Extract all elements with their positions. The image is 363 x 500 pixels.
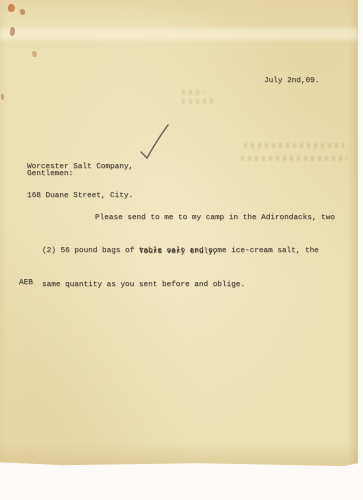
paper-light-band bbox=[0, 28, 358, 40]
body-line: same quantity as you sent before and obl… bbox=[42, 278, 335, 292]
closing: Yours very truly, bbox=[139, 248, 217, 258]
typist-initials: AEB bbox=[19, 279, 33, 289]
ghost-text-impression bbox=[182, 90, 204, 95]
body-line: Please send to me to my camp in the Adir… bbox=[42, 211, 335, 225]
ghost-text-impression bbox=[241, 156, 347, 161]
letter-paper: July 2nd,09. Worcester Salt Company, 168… bbox=[0, 0, 358, 466]
foxing-spot bbox=[1, 94, 4, 100]
ghost-text-impression bbox=[244, 143, 344, 148]
scanned-letter: July 2nd,09. Worcester Salt Company, 168… bbox=[0, 0, 363, 500]
salutation: Gentlemen: bbox=[27, 170, 73, 180]
ghost-text-impression bbox=[182, 99, 216, 104]
foxing-spot bbox=[32, 51, 37, 57]
ink-stain bbox=[7, 3, 16, 13]
letter-date: July 2nd,09. bbox=[264, 77, 319, 87]
ink-stain bbox=[19, 9, 25, 16]
checkmark-icon bbox=[139, 122, 171, 162]
